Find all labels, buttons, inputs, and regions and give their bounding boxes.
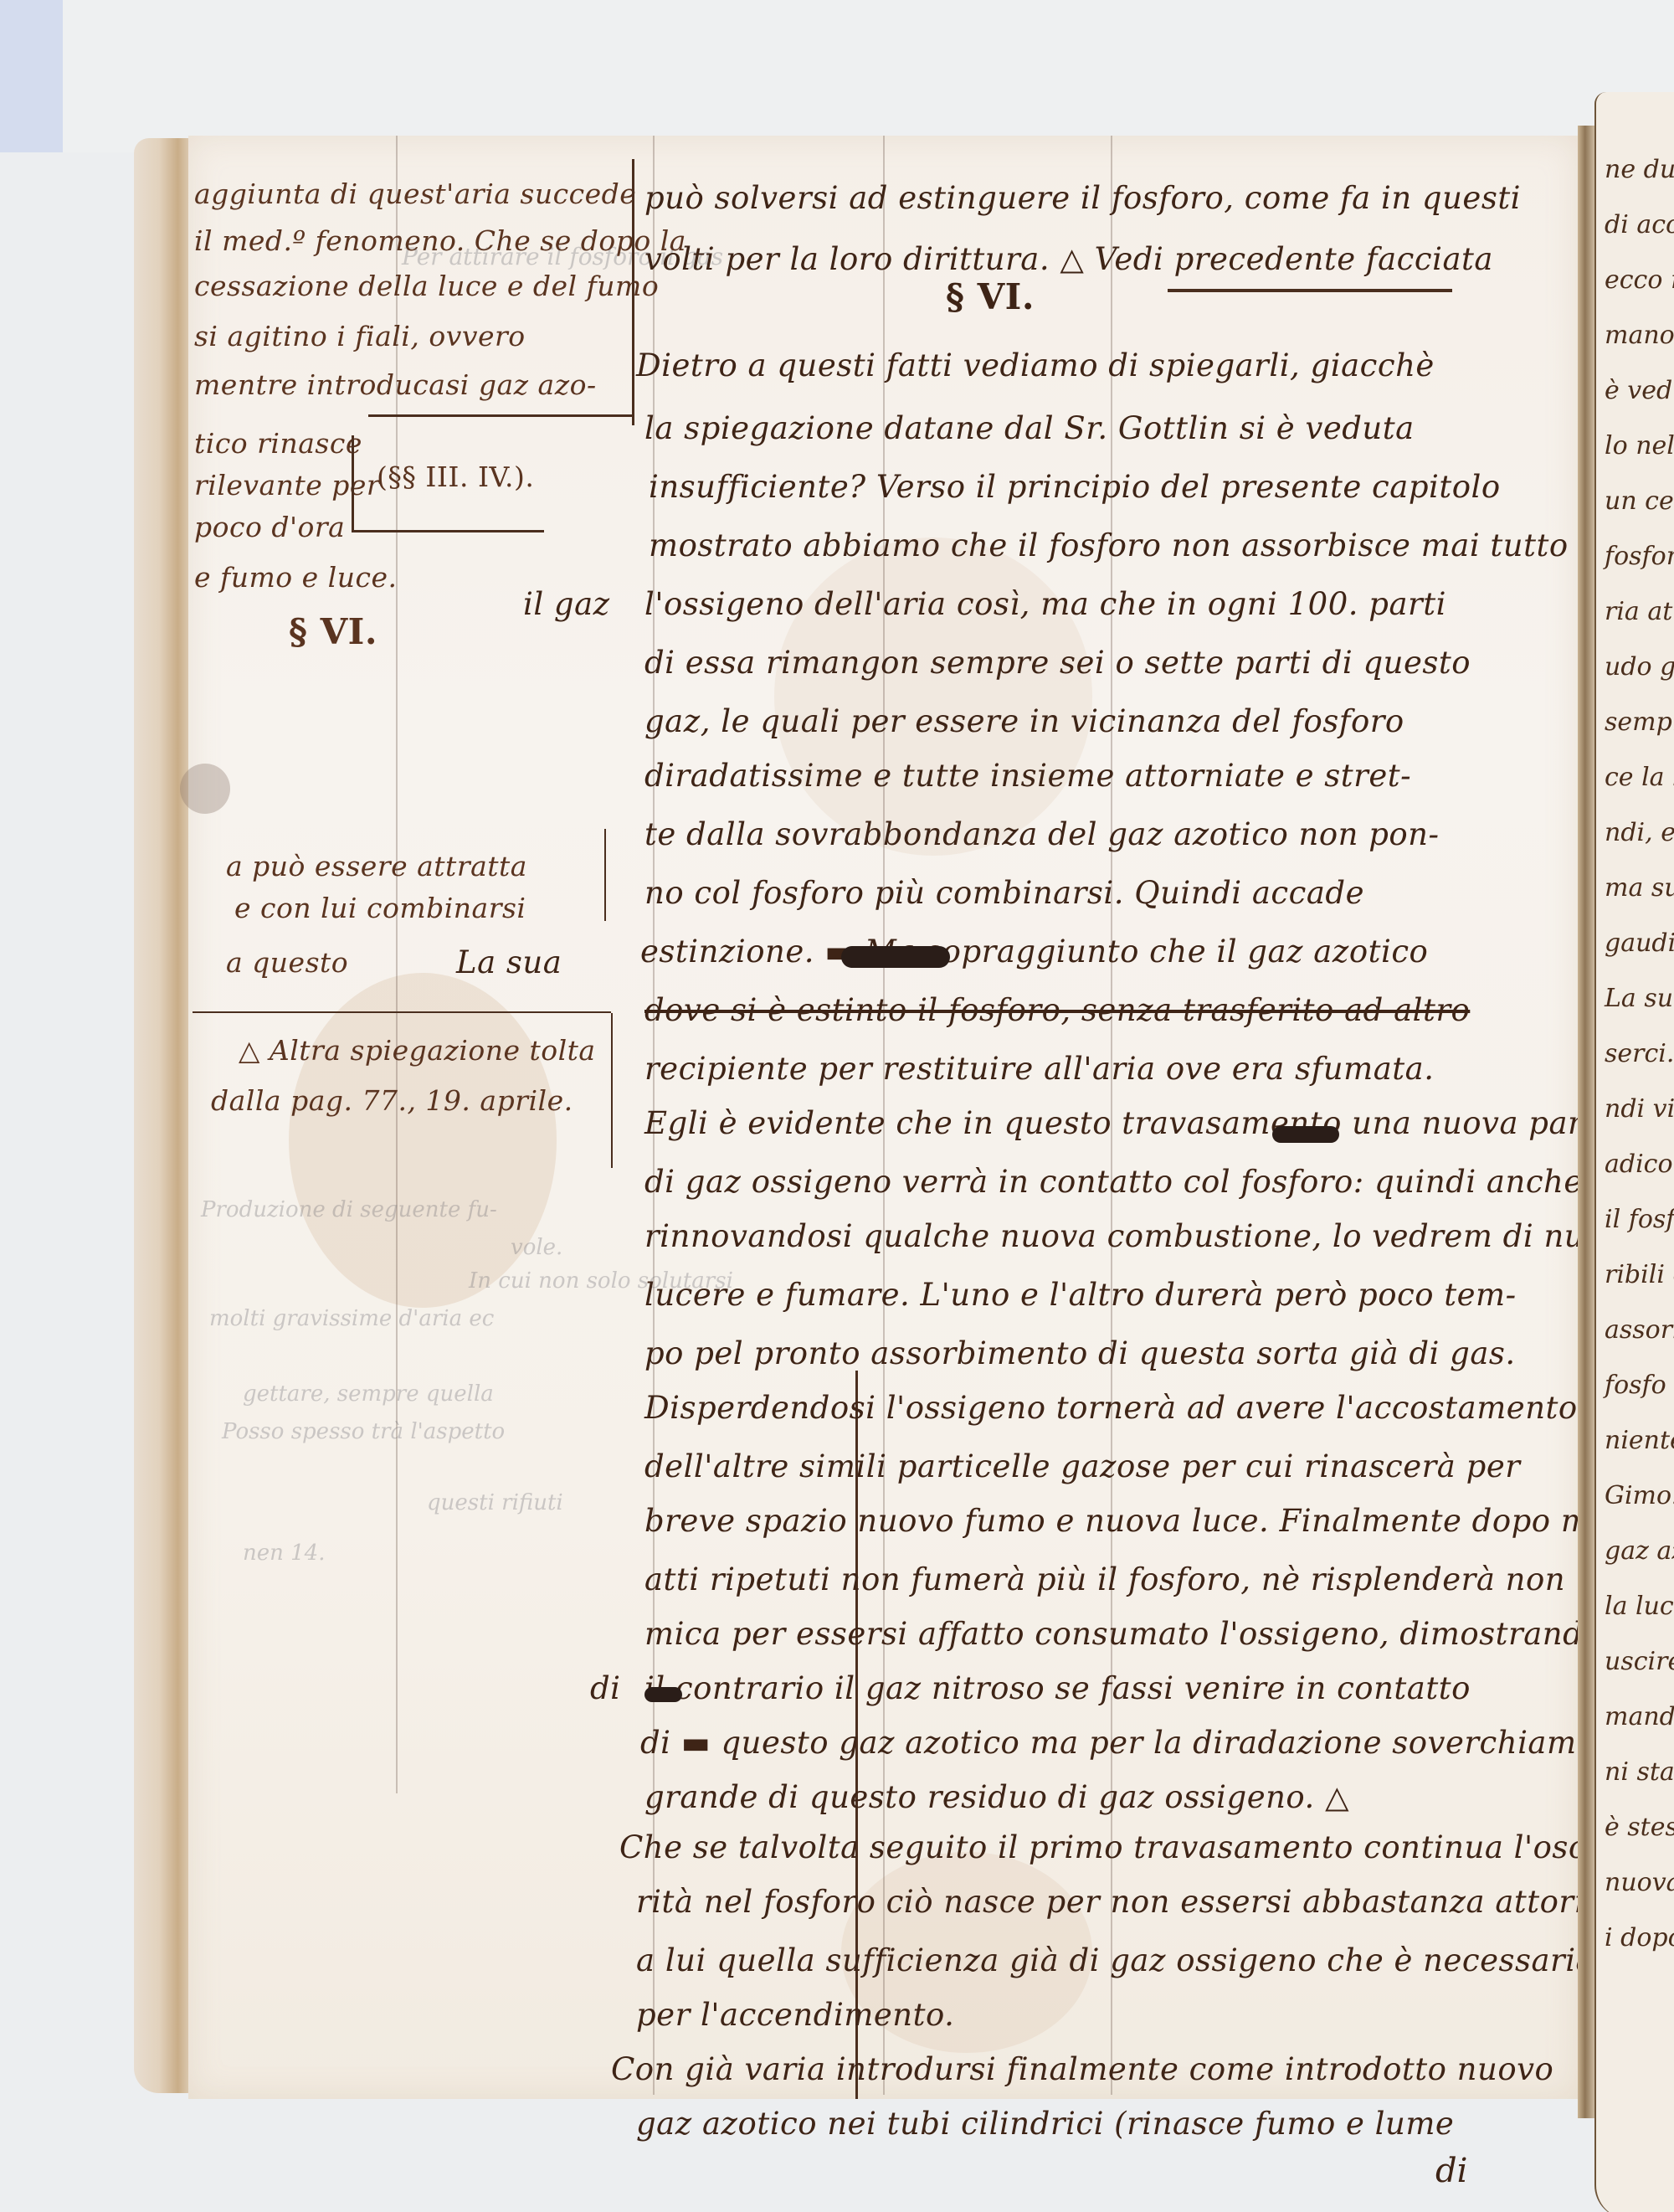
bleed-through-line: questi rifiuti xyxy=(427,1490,563,1515)
adjacent-line: uscire. Lo xyxy=(1596,1634,1674,1690)
margin-note-line: e con lui combinarsi xyxy=(234,892,526,924)
adjacent-line: serci. La xyxy=(1596,1026,1674,1082)
text-line: lucere e fumare. L'uno e l'altro durerà … xyxy=(644,1277,1517,1313)
bracket-line xyxy=(604,829,606,921)
margin-note-line: e fumo e luce. xyxy=(194,561,397,594)
adjacent-line: è stesso pr xyxy=(1596,1800,1674,1855)
text-line: rità nel fosforo ciò nasce per non esser… xyxy=(636,1884,1614,1920)
bracket-line xyxy=(632,159,634,425)
margin-inline-word: il gaz xyxy=(523,586,610,622)
adjacent-line: i dopo xyxy=(1596,1911,1674,1966)
margin-note-line: cessazione della luce e del fumo xyxy=(194,270,659,302)
text-line: può solversi ad estinguere il fosforo, c… xyxy=(644,180,1521,216)
text-line: volti per la loro dirittura. △ Vedi prec… xyxy=(644,241,1493,277)
adjacent-line: ecco nè il xyxy=(1596,253,1674,308)
bracket-line xyxy=(368,414,634,417)
adjacent-line: lo nel tubo xyxy=(1596,419,1674,474)
text-line: di gaz ossigeno verrà in contatto col fo… xyxy=(644,1164,1583,1200)
adjacent-page-strip: ne durato di accada ecco nè il mano trat… xyxy=(1594,92,1674,2212)
catchword: di xyxy=(1435,2152,1467,2190)
text-line: recipiente per restituire all'aria ove e… xyxy=(644,1051,1434,1087)
text-line: insufficiente? Verso il principio del pr… xyxy=(649,469,1501,505)
margin-note-line: il med.º fenomeno. Che se dopo la xyxy=(194,224,686,257)
text-line: Egli è evidente che in questo travasamen… xyxy=(644,1105,1674,1141)
adjacent-line: adico avevo xyxy=(1596,1137,1674,1192)
text-line: po pel pronto assorbimento di questa sor… xyxy=(644,1335,1516,1371)
margin-di-marker: di xyxy=(590,1670,621,1706)
adjacent-line: udo già l xyxy=(1596,640,1674,695)
text-line: grande di questo residuo di gaz ossigeno… xyxy=(644,1779,1349,1815)
adjacent-line: ma surg xyxy=(1596,861,1674,916)
ink-blot-deletion xyxy=(841,946,950,968)
margin-note-line: a questo xyxy=(226,946,348,979)
text-line: la spiegazione datane dal Sr. Gottlin si… xyxy=(644,410,1415,446)
text-line: a lui quella sufficienza già di gaz ossi… xyxy=(636,1942,1594,1978)
text-line: per l'accendimento. xyxy=(636,1997,954,2033)
adjacent-line: Gimo. Perciò xyxy=(1596,1469,1674,1524)
text-line: te dalla sovrabbondanza del gaz azotico … xyxy=(644,816,1440,852)
adjacent-line: la luce di xyxy=(1596,1579,1674,1634)
margin-note-line: a può essere attratta xyxy=(226,850,527,882)
section-heading: § VI. xyxy=(946,276,1035,317)
adjacent-line: di accada xyxy=(1596,198,1674,253)
adjacent-line: sempre pr xyxy=(1596,695,1674,750)
text-line: atti ripetuti non fumerà più il fosforo,… xyxy=(644,1561,1565,1597)
text-line: diradatissime e tutte insieme attorniate… xyxy=(644,758,1411,794)
bleed-through-line: vole. xyxy=(511,1235,562,1260)
adjacent-line: mano trat xyxy=(1596,308,1674,363)
text-line: mostrato abbiamo che il fosforo non asso… xyxy=(649,527,1569,563)
text-line: Che se talvolta seguito il primo travasa… xyxy=(619,1829,1617,1865)
adjacent-line: gaudino e xyxy=(1596,916,1674,971)
margin-note-line: tico rinasce xyxy=(194,427,362,460)
ink-stain xyxy=(180,764,230,814)
adjacent-line: fosforo, co xyxy=(1596,529,1674,584)
underline xyxy=(1168,289,1452,292)
text-line: rinnovandosi qualche nuova combustione, … xyxy=(644,1218,1641,1254)
text-line-struck: dove si è estinto il fosforo, senza tras… xyxy=(644,992,1470,1028)
bracket-line xyxy=(193,1011,611,1013)
margin-note-line: si agitino i fiali, ovvero xyxy=(194,320,526,352)
adjacent-line: ni sta xyxy=(1596,1745,1674,1800)
ink-blot-deletion xyxy=(1272,1126,1339,1143)
cross-reference: (§§ III. IV.). xyxy=(377,460,534,493)
text-line: gaz, le quali per essere in vicinanza de… xyxy=(644,703,1404,739)
text-line: dell'altre simili particelle gazose per … xyxy=(644,1448,1520,1484)
adjacent-line: ndi vigile xyxy=(1596,1082,1674,1137)
text-line: di essa rimangon sempre sei o sette part… xyxy=(644,645,1471,681)
book-gutter xyxy=(1578,126,1596,2118)
adjacent-line: ne durato xyxy=(1596,142,1674,198)
text-line: no col fosforo più combinarsi. Quindi ac… xyxy=(644,875,1364,911)
adjacent-line: ribili colo xyxy=(1596,1247,1674,1303)
adjacent-line: La sua ec xyxy=(1596,971,1674,1026)
text-line: mica per essersi affatto consumato l'oss… xyxy=(644,1616,1602,1652)
adjacent-line: il fosforo xyxy=(1596,1192,1674,1247)
bleed-through-line: gettare, sempre quella xyxy=(243,1381,494,1407)
text-line: estinzione. ▬ Ma sopraggiunto che il gaz… xyxy=(640,934,1428,970)
scan-background-sheet xyxy=(63,0,1674,152)
text-line: Disperdendosi l'ossigeno tornerà ad aver… xyxy=(644,1390,1578,1426)
margin-note-line: △ Altra spiegazione tolta xyxy=(239,1034,596,1067)
adjacent-line: un cesso xyxy=(1596,474,1674,529)
page-stack-edge xyxy=(134,138,197,2093)
adjacent-line: è veduto xyxy=(1596,363,1674,419)
ink-blot-deletion xyxy=(644,1687,682,1702)
adjacent-line: niente di xyxy=(1596,1413,1674,1469)
margin-note-line: poco d'ora xyxy=(194,511,345,543)
bleed-through-line: Produzione di seguente fu- xyxy=(201,1197,497,1222)
water-stain xyxy=(774,538,1092,856)
text-line: Dietro a questi fatti vediamo di spiegar… xyxy=(636,347,1435,383)
adjacent-line: fosfo dopo xyxy=(1596,1358,1674,1413)
bleed-through-line: nen 14. xyxy=(243,1541,326,1566)
text-line: breve spazio nuovo fumo e nuova luce. Fi… xyxy=(644,1503,1643,1539)
margin-note-line: aggiunta di quest'aria succede xyxy=(194,177,636,210)
adjacent-line: ce la lu xyxy=(1596,750,1674,805)
margin-la-sua: La sua xyxy=(456,944,562,980)
adjacent-line: nuova ecce xyxy=(1596,1855,1674,1911)
bracket-line xyxy=(352,530,544,532)
text-line: il contrario il gaz nitroso se fassi ven… xyxy=(644,1670,1471,1706)
adjacent-line: ria attiva. xyxy=(1596,584,1674,640)
adjacent-line: gaz azotico xyxy=(1596,1524,1674,1579)
adjacent-line: ndi, e la xyxy=(1596,805,1674,861)
text-line: l'ossigeno dell'aria così, ma che in ogn… xyxy=(644,586,1446,622)
bracket-line xyxy=(352,435,354,532)
bleed-through-line: Posso spesso trà l'aspetto xyxy=(222,1419,505,1444)
margin-note-line: mentre introducasi gaz azo- xyxy=(194,368,597,401)
text-line: di ▬ questo gaz azotico ma per la dirada… xyxy=(640,1725,1647,1761)
text-line: Con già varia introdursi finalmente come… xyxy=(611,2051,1553,2087)
bleed-through-line: molti gravissime d'aria ec xyxy=(209,1306,494,1331)
margin-section-mark: § VI. xyxy=(289,611,377,652)
adjacent-line: mandati. xyxy=(1596,1690,1674,1745)
text-line: gaz azotico nei tubi cilindrici (rinasce… xyxy=(636,2106,1454,2142)
adjacent-line: assorbente xyxy=(1596,1303,1674,1358)
bracket-line xyxy=(611,1013,613,1168)
margin-note-line: dalla pag. 77., 19. aprile. xyxy=(211,1084,573,1117)
scan-background-blue xyxy=(0,0,63,152)
